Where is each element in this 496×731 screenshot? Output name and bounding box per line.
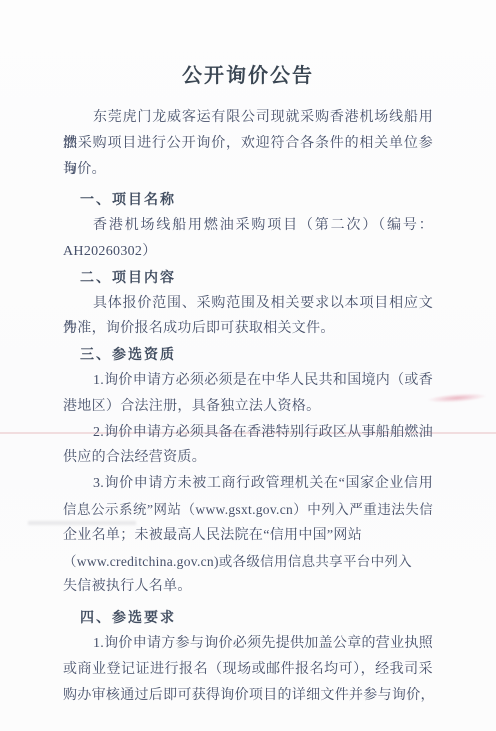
doc-line-1: 东莞虎门龙威客运有限公司现就采购香港机场线船用燃 xyxy=(63,105,433,131)
doc-line-18: （www.creditchina.gov.cn)或各级信用信息共享平台中列入 xyxy=(63,549,433,575)
doc-line-3: 询价。 xyxy=(63,157,433,183)
announcement-body: 公开询价公告 东莞虎门龙威客运有限公司现就采购香港机场线船用燃 油采购项目进行公… xyxy=(0,0,496,708)
doc-line-6: AH20260302） xyxy=(63,239,433,265)
doc-line-8: 具体报价范围、采购范围及相关要求以本项目相应文件 xyxy=(63,291,433,317)
doc-line-11: 1.询价申请方必须必须是在中华人民共和国境内（或香 xyxy=(63,368,433,394)
heading-project-name: 一、项目名称 xyxy=(63,187,433,213)
doc-line-16: 信息公示系统”网站（www.gsxt.gov.cn）中列入严重违法失信 xyxy=(63,497,433,523)
doc-line-5: 香港机场线船用燃油采购项目（第二次）（编号： xyxy=(63,213,433,239)
doc-line-9: 为准，询价报名成功后即可获取相关文件。 xyxy=(63,316,433,342)
doc-line-22: 或商业登记证进行报名（现场或邮件报名均可），经我司采 xyxy=(63,657,433,683)
heading-qualifications: 三、参选资质 xyxy=(63,342,433,368)
doc-line-19: 失信被执行人名单。 xyxy=(63,574,433,600)
doc-line-17: 企业名单；未被最高人民法院在“信用中国”网站 xyxy=(63,523,433,549)
document-title: 公开询价公告 xyxy=(63,62,433,91)
doc-line-12: 港地区）合法注册，具备独立法人资格。 xyxy=(63,394,433,420)
doc-line-14: 供应的合法经营资质。 xyxy=(63,445,433,471)
heading-requirements: 四、参选要求 xyxy=(63,605,433,631)
heading-project-content: 二、项目内容 xyxy=(63,265,433,291)
doc-line-21: 1.询价申请方参与询价必须先提供加盖公章的营业执照 xyxy=(63,631,433,657)
doc-line-2: 油采购项目进行公开询价，欢迎符合各条件的相关单位参与 xyxy=(63,131,433,157)
scanned-document-page: 公开询价公告 东莞虎门龙威客运有限公司现就采购香港机场线船用燃 油采购项目进行公… xyxy=(0,0,496,731)
doc-line-15: 3.询价申请方未被工商行政管理机关在“国家企业信用 xyxy=(63,471,433,497)
doc-line-23: 购办审核通过后即可获得询价项目的详细文件并参与询价， xyxy=(63,683,433,709)
doc-line-13: 2.询价申请方必须具备在香港特别行政区从事船舶燃油 xyxy=(63,420,433,446)
